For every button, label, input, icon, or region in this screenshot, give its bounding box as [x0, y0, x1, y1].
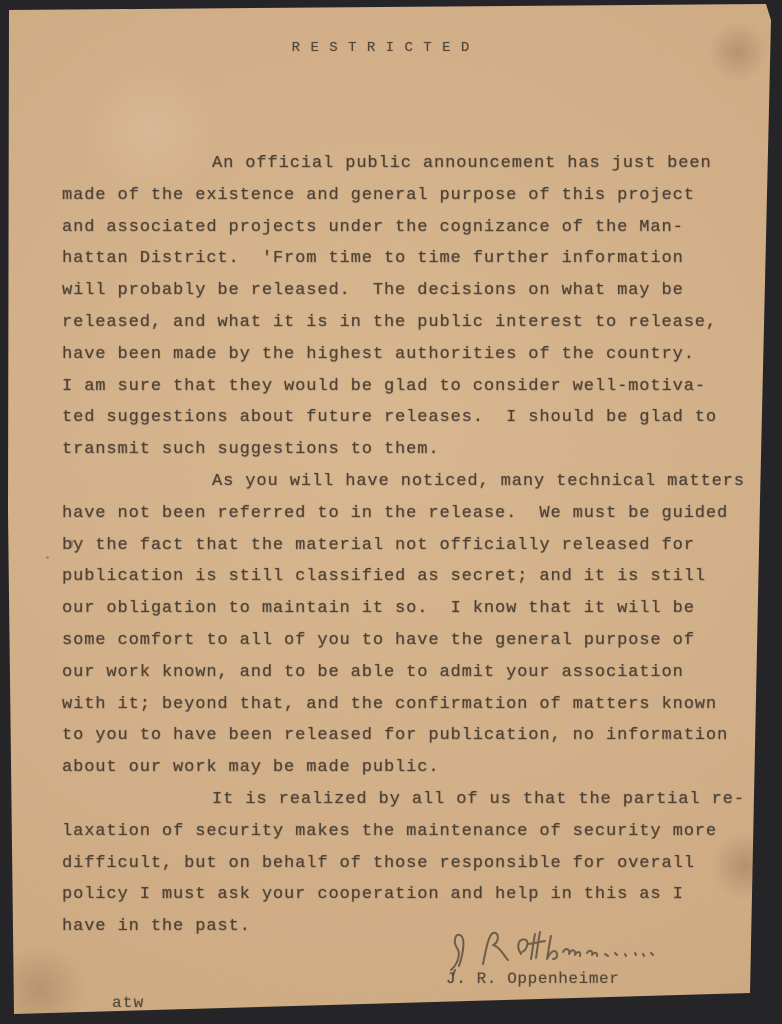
- typed-line: have been made by the highest authoritie…: [62, 339, 754, 371]
- typed-line: our work known, and to be able to admit …: [62, 657, 754, 689]
- scanned-document-background: R E S T R I C T E D An official public a…: [0, 0, 782, 1024]
- typed-line: and associated projects under the cogniz…: [62, 212, 754, 244]
- typed-line: ted suggestions about future releases. I…: [62, 402, 754, 434]
- typed-line: our obligation to maintain it so. I know…: [62, 593, 754, 625]
- typed-line: I am sure that they would be glad to con…: [62, 371, 754, 403]
- typed-line: to you to have been released for publica…: [62, 720, 754, 752]
- typed-line: released, and what it is in the public i…: [62, 307, 754, 339]
- typed-line: hattan District. 'From time to time furt…: [62, 243, 754, 275]
- typed-line: As you will have noticed, many technical…: [62, 466, 754, 498]
- typed-line: An official public announcement has just…: [62, 148, 754, 180]
- typed-line: policy I must ask your cooperation and h…: [62, 879, 754, 911]
- typed-line: some comfort to all of you to have the g…: [62, 625, 754, 657]
- typed-line: made of the existence and general purpos…: [62, 180, 754, 212]
- document-page: R E S T R I C T E D An official public a…: [0, 0, 782, 1024]
- typed-line: laxation of security makes the maintenan…: [62, 816, 754, 848]
- classification-header: R E S T R I C T E D: [0, 40, 762, 56]
- handwritten-signature: [445, 924, 665, 976]
- typed-line: difficult, but on behalf of those respon…: [62, 848, 754, 880]
- typed-line: publication is still classified as secre…: [62, 561, 754, 593]
- typed-line: by the fact that the material not offici…: [62, 530, 754, 562]
- typed-line: It is realized by all of us that the par…: [62, 784, 754, 816]
- typed-line: have not been referred to in the release…: [62, 498, 754, 530]
- typed-line: will probably be released. The decisions…: [62, 275, 754, 307]
- document-body: An official public announcement has just…: [62, 148, 754, 943]
- typed-line: about our work may be made public.: [62, 752, 754, 784]
- typed-line: transmit such suggestions to them.: [62, 434, 754, 466]
- signature-typed: J. R. Oppenheimer: [446, 970, 619, 988]
- stray-mark: [46, 556, 49, 559]
- typist-initials: atw: [112, 994, 144, 1012]
- typed-line: with it; beyond that, and the confirmati…: [62, 689, 754, 721]
